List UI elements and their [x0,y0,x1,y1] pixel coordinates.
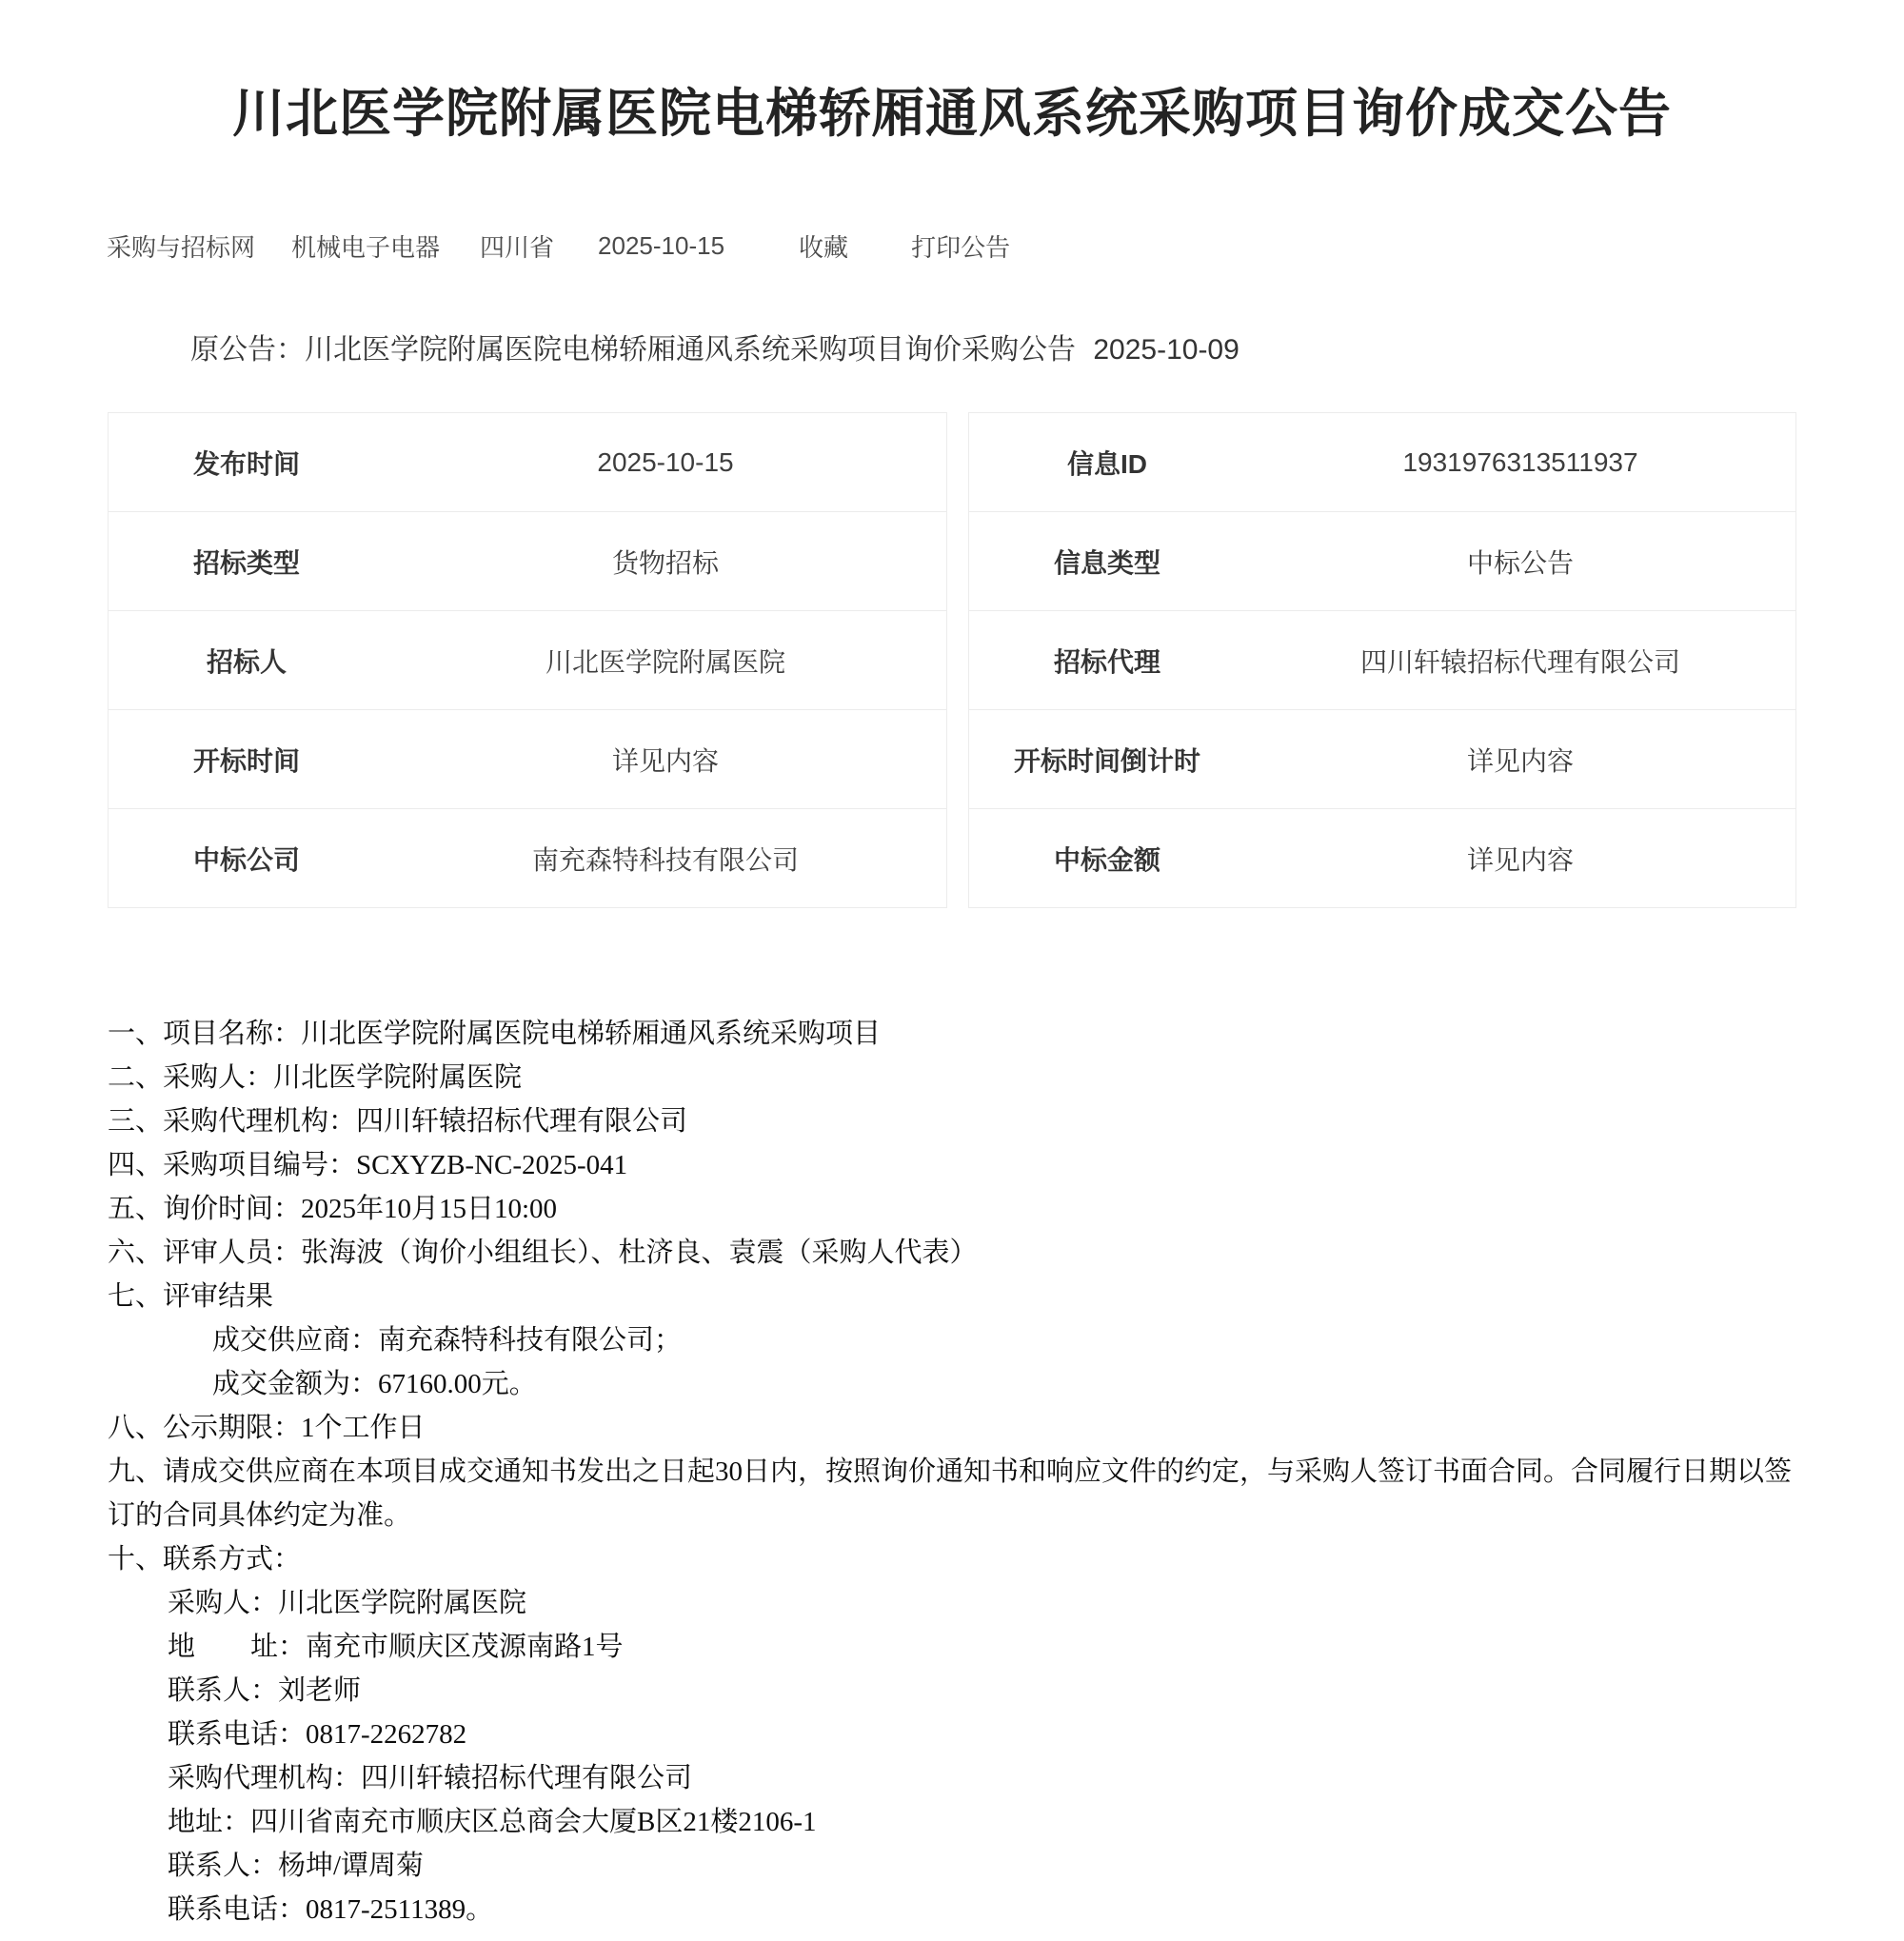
announcement-page: 川北医学院附属医院电梯轿厢通风系统采购项目询价成交公告 采购与招标网 机械电子电… [0,0,1904,1941]
table-value: 四川轩辕招标代理有限公司 [1245,611,1795,709]
body-line-agency-name: 采购代理机构：四川轩辕招标代理有限公司 [108,1756,1804,1800]
body-line-inquiry-time: 五、询价时间：2025年10月15日10:00 [108,1187,1804,1231]
table-label: 开标时间倒计时 [969,710,1245,808]
body-line-winning-amount: 成交金额为：67160.00元。 [108,1362,1804,1406]
body-line-purchaser-address: 地 址：南充市顺庆区茂源南路1号 [108,1625,1804,1669]
table-row: 信息类型 中标公告 [969,512,1795,611]
info-table-right: 信息ID 1931976313511937 信息类型 中标公告 招标代理 四川轩… [968,412,1796,908]
body-line-project-name: 一、项目名称：川北医学院附属医院电梯轿厢通风系统采购项目 [108,1012,1804,1056]
body-line-reviewers: 六、评审人员：张海波（询价小组组长）、杜济良、袁震（采购人代表） [108,1231,1804,1275]
table-label: 发布时间 [109,413,385,511]
table-label: 中标公司 [109,809,385,907]
body-line-purchaser-name: 采购人：川北医学院附属医院 [108,1581,1804,1625]
table-value: 2025-10-15 [385,413,946,511]
table-value: 货物招标 [385,512,946,610]
table-row: 开标时间 详见内容 [109,710,946,809]
original-announcement-link[interactable]: 川北医学院附属医院电梯轿厢通风系统采购项目询价采购公告 [305,334,1076,366]
info-table-left: 发布时间 2025-10-15 招标类型 货物招标 招标人 川北医学院附属医院 … [108,412,947,908]
body-line-contact-heading: 十、联系方式： [108,1537,1804,1581]
table-value: 中标公告 [1245,512,1795,610]
body-line-purchaser-phone: 联系电话：0817-2262782 [108,1713,1804,1756]
site-link[interactable]: 采购与招标网 [107,228,255,264]
original-announcement-label: 原公告： [190,334,305,366]
body-line-agency-phone: 联系电话：0817-2511389。 [108,1888,1804,1931]
table-row: 开标时间倒计时 详见内容 [969,710,1795,809]
publish-date: 2025-10-15 [598,231,724,261]
table-row: 发布时间 2025-10-15 [109,413,946,512]
body-line-purchaser: 二、采购人：川北医学院附属医院 [108,1056,1804,1099]
table-label: 信息ID [969,413,1245,511]
body-line-agency: 三、采购代理机构：四川轩辕招标代理有限公司 [108,1099,1804,1143]
table-value: 1931976313511937 [1245,413,1795,511]
table-value: 详见内容 [1245,710,1795,808]
body-line-publicity-period: 八、公示期限：1个工作日 [108,1406,1804,1450]
table-row: 招标类型 货物招标 [109,512,946,611]
table-label: 开标时间 [109,710,385,808]
table-value: 详见内容 [1245,809,1795,907]
body-line-agency-address: 地址：四川省南充市顺庆区总商会大厦B区21楼2106-1 [108,1800,1804,1844]
body-line-agency-contact: 联系人：杨坤/谭周菊 [108,1844,1804,1888]
province-link[interactable]: 四川省 [480,228,554,264]
body-line-winning-supplier: 成交供应商：南充森特科技有限公司； [108,1318,1804,1362]
page-title: 川北医学院附属医院电梯轿厢通风系统采购项目询价成交公告 [0,71,1904,147]
table-label: 招标人 [109,611,385,709]
print-announcement-button[interactable]: 打印公告 [911,228,1010,264]
info-table: 发布时间 2025-10-15 招标类型 货物招标 招标人 川北医学院附属医院 … [108,412,1796,908]
body-line-project-number: 四、采购项目编号：SCXYZB-NC-2025-041 [108,1143,1804,1187]
table-value: 南充森特科技有限公司 [385,809,946,907]
original-announcement-date: 2025-10-09 [1093,334,1239,366]
favorite-button[interactable]: 收藏 [799,228,848,264]
body-line-contract-notice: 九、请成交供应商在本项目成交通知书发出之日起30日内，按照询价通知书和响应文件的… [108,1450,1804,1537]
table-value: 详见内容 [385,710,946,808]
table-row: 信息ID 1931976313511937 [969,413,1795,512]
meta-bar: 采购与招标网 机械电子电器 四川省 2025-10-15 收藏 打印公告 [107,228,1010,264]
category-link[interactable]: 机械电子电器 [291,228,440,264]
body-line-review-result: 七、评审结果 [108,1275,1804,1318]
table-row: 招标代理 四川轩辕招标代理有限公司 [969,611,1795,710]
table-label: 招标类型 [109,512,385,610]
table-row: 中标公司 南充森特科技有限公司 [109,809,946,907]
original-announcement-row: 原公告：川北医学院附属医院电梯轿厢通风系统采购项目询价采购公告 2025-10-… [190,326,1240,367]
announcement-body: 一、项目名称：川北医学院附属医院电梯轿厢通风系统采购项目 二、采购人：川北医学院… [108,1012,1804,1931]
table-label: 招标代理 [969,611,1245,709]
table-row: 中标金额 详见内容 [969,809,1795,907]
body-line-purchaser-contact: 联系人：刘老师 [108,1669,1804,1713]
table-label: 中标金额 [969,809,1245,907]
table-label: 信息类型 [969,512,1245,610]
table-value: 川北医学院附属医院 [385,611,946,709]
table-row: 招标人 川北医学院附属医院 [109,611,946,710]
